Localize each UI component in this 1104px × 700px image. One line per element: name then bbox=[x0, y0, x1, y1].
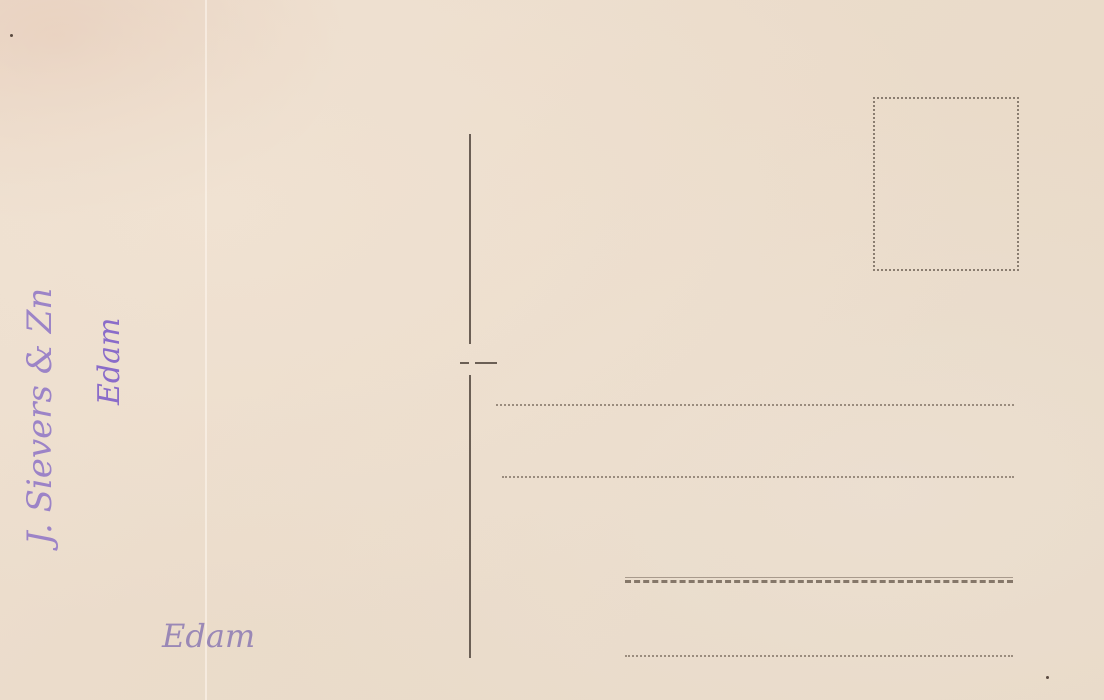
address-line-3 bbox=[625, 580, 1013, 583]
address-line-4 bbox=[625, 655, 1013, 657]
address-line-1 bbox=[496, 404, 1014, 406]
divider-tick-left bbox=[460, 362, 469, 364]
address-line-3-rule bbox=[625, 577, 1013, 578]
stamp-placement-box bbox=[873, 97, 1019, 271]
publisher-stamp-city: Edam bbox=[92, 318, 127, 405]
divider-tick-right bbox=[475, 362, 497, 364]
address-line-2 bbox=[502, 476, 1014, 478]
center-divider-top bbox=[469, 134, 471, 344]
printed-caption: Edam bbox=[162, 617, 255, 655]
fold-crease bbox=[205, 0, 207, 700]
postcard-back: J. Sievers & Zn Edam Edam bbox=[0, 0, 1104, 700]
publisher-stamp-name: J. Sievers & Zn bbox=[20, 288, 60, 545]
paper-speck bbox=[1046, 676, 1049, 679]
center-divider-bottom bbox=[469, 375, 471, 658]
paper-speck bbox=[10, 34, 13, 37]
